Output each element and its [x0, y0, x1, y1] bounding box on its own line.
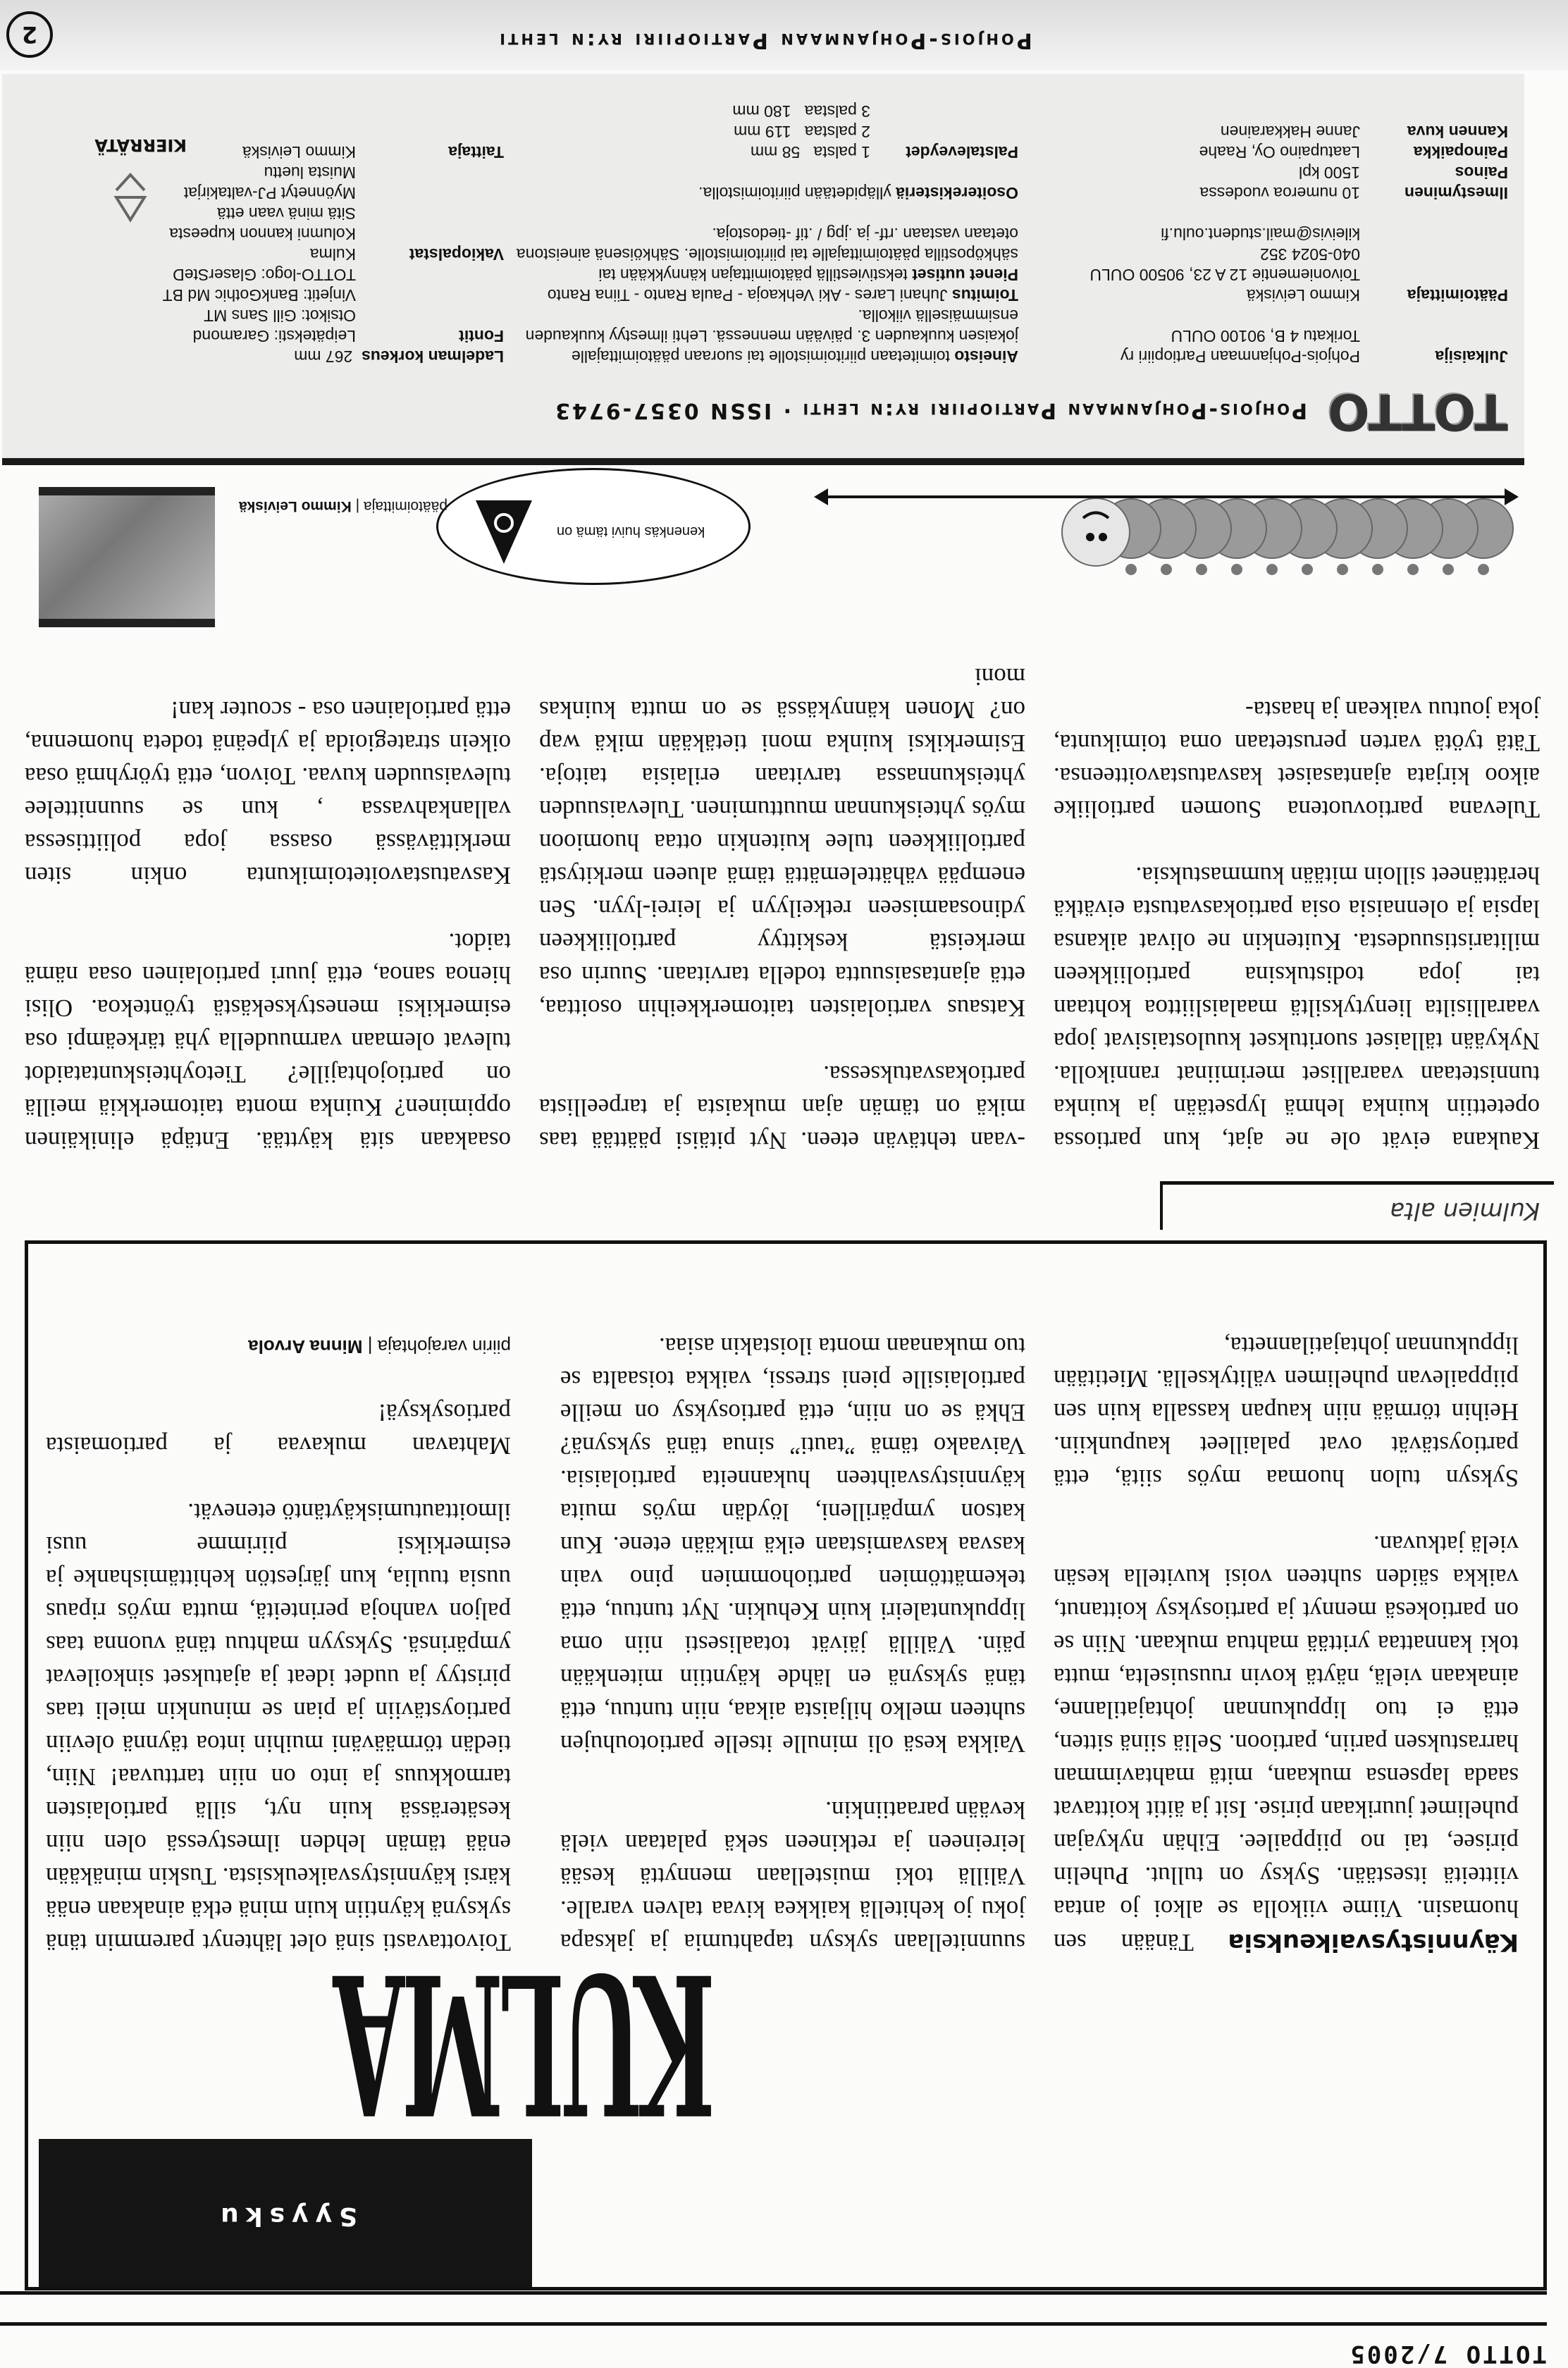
colophon-value: toimitetaan piiritoimistolle tai suoraan…: [526, 307, 1018, 366]
signature: piirin varajohtaja | Minna Arvola: [46, 1330, 511, 1363]
colophon-value: Muista luettu: [264, 164, 356, 182]
page-number: 2: [6, 11, 53, 58]
colophon-row: Palstaleveydet 1 palsta 58 mm 2 palstaa …: [511, 101, 1018, 162]
header-rule: [0, 2322, 1547, 2326]
colophon-label: Aineisto: [954, 346, 1018, 366]
thought-bubble-text: kenenkäs huivi tämä on: [539, 523, 722, 539]
running-footer-title: Pohjois-Pohjanmaan Partiopiiri ry:n leht…: [412, 28, 1117, 53]
colophon-value: TOTTO-logo: GlaserSteD: [173, 266, 356, 284]
column-count: 2 palstaa: [805, 123, 870, 141]
kulma-column-2: suunnitellaan syksyn tapahtumia ja jaksa…: [560, 1297, 1025, 1959]
paragraph: Mahtavan mukavaa ja partiomaista partios…: [46, 1396, 511, 1462]
paragraph: Kaukana eivät ole ne ajat, kun partiossa…: [1054, 859, 1540, 1157]
paragraph: Katsaus vartiolaisten taitomerkkeihin os…: [539, 660, 1025, 1025]
column-width: 180 mm: [732, 102, 791, 121]
colophon-label: Fontit: [356, 264, 504, 346]
colophon-row: Fontit Leipäteksti: Garamond Otsikot: Gi…: [109, 264, 504, 346]
double-arrow-icon: [814, 486, 1519, 507]
paragraph: Toivottavasti sinä olet lähtenyt paremmi…: [46, 1496, 511, 1959]
paragraph: Kasvatustavoitetoimikunta onkin siten me…: [25, 693, 511, 892]
editor-photo: [39, 487, 215, 627]
colophon-value: Torikatu 4 B, 90100 OULU: [1171, 327, 1360, 345]
column-width: 119 mm: [734, 123, 791, 141]
colophon-paragraph: Pienet uutiset tekstiviestillä päätoimit…: [511, 223, 1018, 285]
paragraph: Tulevana partiovuotena Suomen partioliik…: [1054, 693, 1540, 826]
column-count: 3 palstaa: [805, 102, 870, 121]
paragraph: -vaan tehtävän eteen. Nyt pitäisi päättä…: [539, 1058, 1025, 1157]
column-count: 1 palsta: [813, 143, 870, 161]
colophon-value: Kulma: [310, 245, 356, 264]
colophon-value: 267 mm: [294, 347, 352, 366]
colophon-label: Ilmestyminen: [1360, 183, 1508, 203]
caption-role: päätoimittaja: [364, 498, 447, 514]
colophon-value: Juhani Lares - Aki Vehkaoja - Paula Rant…: [548, 286, 948, 304]
colophon-row: Ilmestyminen10 numeroa vuodessa: [1071, 183, 1508, 203]
colophon-paragraph: Osoiterekisteriä ylläpidetään piiritoimi…: [511, 183, 1018, 203]
colophon-value: Pohjois-Pohjanmaan Partiopiiri ry: [1121, 347, 1360, 366]
caption-name: Kimmo Leiviskä: [239, 498, 352, 514]
colophon-label: Taittaja: [356, 142, 504, 162]
colophon-heading: Pohjois-Pohjanmaan Partiopiiri ry:n leht…: [250, 398, 1307, 423]
colophon-submission: Aineisto toimitetaan piiritoimistolle ta…: [511, 101, 1018, 366]
paragraph: Vaikka kesä oli minulle itselle partioto…: [560, 1330, 1025, 1760]
colophon-row: Painos1500 kpl: [1071, 162, 1508, 183]
colophon-value: 10 numeroa vuodessa: [1199, 183, 1360, 203]
column-width: 58 mm: [751, 143, 800, 161]
kulma-column-1: Käynnistysvaikeuksia Tänään sen huomasin…: [1054, 1296, 1519, 1959]
recycle-icon: [102, 169, 159, 226]
colophon-value: 1500 kpl: [1299, 162, 1360, 183]
warning-triangle-icon: [476, 500, 532, 564]
colophon-label: Kannen kuva: [1360, 121, 1508, 142]
paragraph: Tänään sen huomasin. Viime viikolla se a…: [1054, 1531, 1519, 1956]
section-tab-label: Syysku: [39, 2202, 532, 2231]
colophon-label: Päätoimittaja: [1360, 223, 1508, 305]
paragraph: suunnitellaan syksyn tapahtumia ja jaksa…: [560, 1794, 1025, 1959]
colophon-label: Toimitus: [952, 285, 1018, 305]
signature-name: Minna Arvola: [248, 1336, 362, 1357]
issue-label: TOTTO 7/2005: [1348, 2340, 1547, 2368]
kulmien-alta-column-2: -vaan tehtävän eteen. Nyt pitäisi päättä…: [539, 627, 1025, 1157]
colophon-label: Osoiterekisteriä: [896, 183, 1018, 203]
colophon-value: Toivoniementie 12 A 23, 90500 OULU: [1089, 266, 1360, 284]
colophon-value: Sitä minä vaan että: [217, 204, 356, 223]
colophon-row: PainopaikkaLaatupaino Oy, Raahe: [1071, 142, 1508, 162]
header-rule: [0, 2291, 1547, 2295]
colophon-value: kileivis@mail.student.oulu.fi: [1161, 225, 1360, 243]
colophon-value: Vinjetit: BankGothic Md BT: [163, 286, 356, 304]
colophon-label: Painos: [1360, 162, 1508, 183]
colophon-value: 040-5024 352: [1260, 245, 1360, 264]
colophon-publisher: JulkaisijaPohjois-Pohjanmaan Partiopiiri…: [1071, 121, 1508, 366]
colophon-paragraph: Aineisto toimitetaan piiritoimistolle ta…: [511, 305, 1018, 366]
colophon-label: Pienet uutiset: [912, 264, 1018, 285]
colophon-value: ylläpidetään piiritoimistolla.: [698, 184, 891, 202]
lead-heading: Käynnistysvaikeuksia: [1228, 1928, 1519, 1956]
colophon-value: Otsikot: Gill Sans MT: [204, 307, 356, 325]
recycle-label: KIERRÄTÄ: [94, 135, 187, 155]
paragraph: osaakaan sitä käyttää. Entäpä elinikäine…: [25, 925, 511, 1157]
kulmien-alta-column-3: osaakaan sitä käyttää. Entäpä elinikäine…: [25, 660, 511, 1157]
photo-caption: päätoimittaja | Kimmo Leiviskä: [222, 498, 447, 514]
magazine-page: TOTTO 7/2005 Syysku KULMA Käynnistysvaik…: [0, 0, 1568, 2368]
colophon-row: Kannen kuvaJanne Hakkarainen: [1071, 121, 1508, 142]
colophon-label: Vakiopalstat: [356, 162, 504, 264]
colophon-value: Kimmo Leiviskä: [1247, 286, 1360, 304]
colophon-value: Kolumni kannon kupeesta: [169, 225, 356, 243]
kulma-column-3: Toivottavasti sinä olet lähtenyt paremmi…: [46, 1330, 511, 1959]
colophon-value: Myönnetyt PJ-valtakirjat: [184, 184, 356, 202]
colophon-specs: Ladelman korkeus 267 mm Fontit Leipäteks…: [109, 142, 504, 366]
colophon-label: Julkaisija: [1360, 326, 1508, 366]
colophon-row: Ladelman korkeus 267 mm: [109, 346, 504, 366]
colophon-label: Palstaleveydet: [870, 101, 1018, 162]
colophon-value: Kimmo Leiviskä: [242, 142, 356, 162]
totto-logo: TOTTO: [1346, 384, 1508, 440]
paragraph: Syksyn tulon huomaa myös siitä, että par…: [1054, 1329, 1519, 1495]
colophon-label: Painopaikka: [1360, 142, 1508, 162]
colophon-value: Laatupaino Oy, Raahe: [1199, 142, 1360, 162]
colophon-row: PäätoimittajaKimmo LeiviskäToivoniementi…: [1071, 223, 1508, 305]
kulmien-alta-column-1: Kaukana eivät ole ne ajat, kun partiossa…: [1054, 660, 1540, 1157]
colophon-row: Vakiopalstat Kulma Kolumni kannon kupees…: [109, 162, 504, 264]
colophon-value: Leipäteksti: Garamond: [193, 327, 356, 345]
colophon-label: Ladelman korkeus: [362, 346, 504, 366]
colophon-row: JulkaisijaPohjois-Pohjanmaan Partiopiiri…: [1071, 326, 1508, 366]
colophon-paragraph: Toimitus Juhani Lares - Aki Vehkaoja - P…: [511, 285, 1018, 305]
signature-role: piirin varajohtaja: [378, 1336, 511, 1357]
colophon-value: Janne Hakkarainen: [1221, 121, 1360, 142]
section-label: Kulmien alta: [1390, 1197, 1540, 1225]
